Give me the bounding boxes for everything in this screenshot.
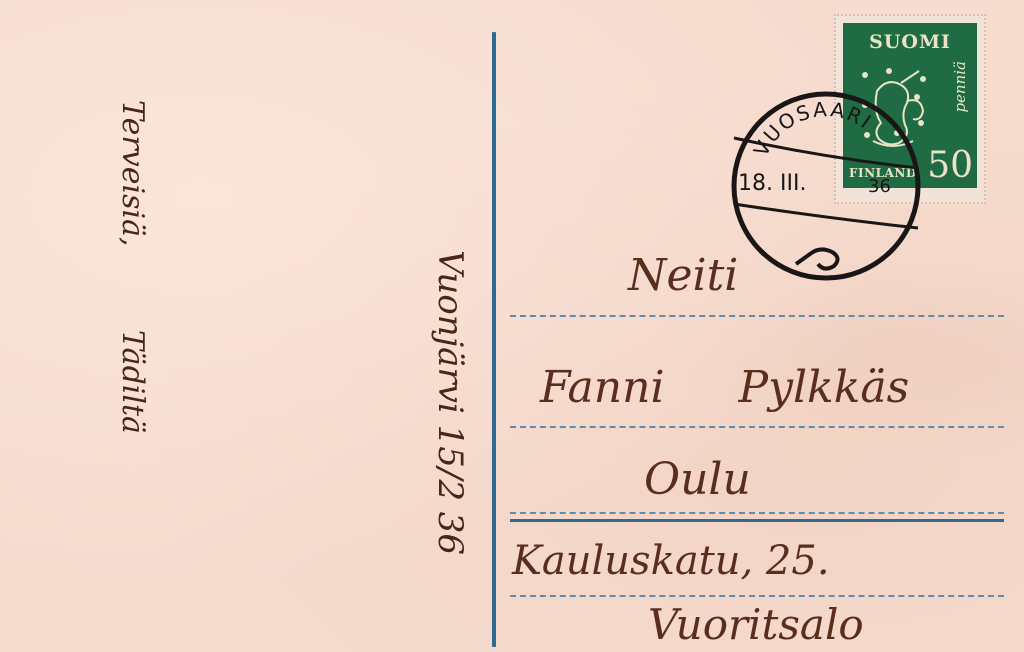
post-horn-icon: [796, 249, 838, 268]
address-rule-1: [510, 315, 1004, 317]
stamp-denomination: 50: [927, 145, 973, 186]
center-divider-line: [492, 32, 496, 647]
address-city: Oulu: [644, 454, 751, 505]
postcard: Terveisiä, Tädiltä Vuonjärvi 15/2 36 SUO…: [0, 0, 1024, 652]
address-rule-3: [510, 512, 1004, 514]
stamp-unit: penniä: [951, 61, 969, 113]
address-rule-3-solid: [510, 519, 1004, 522]
postmark-year: 36: [868, 176, 891, 197]
address-street: Kauluskatu, 25.: [512, 538, 830, 584]
address-name: Fanni Pylkkäs: [540, 362, 909, 413]
address-rule-2: [510, 426, 1004, 428]
sender-greeting-line2: Tädiltä: [115, 330, 150, 434]
stamp-country-top: SUOMI: [843, 31, 977, 53]
postmark: VUOSAARI 18. III. 36: [728, 88, 924, 284]
dateline: Vuonjärvi 15/2 36: [430, 250, 470, 555]
address-district: Vuoritsalo: [648, 600, 864, 649]
postmark-place: VUOSAARI: [749, 97, 877, 160]
address-rule-4: [510, 595, 1004, 597]
address-title: Neiti: [628, 250, 738, 301]
sender-greeting-line1: Terveisiä,: [115, 100, 150, 246]
postmark-date: 18. III.: [738, 171, 806, 196]
